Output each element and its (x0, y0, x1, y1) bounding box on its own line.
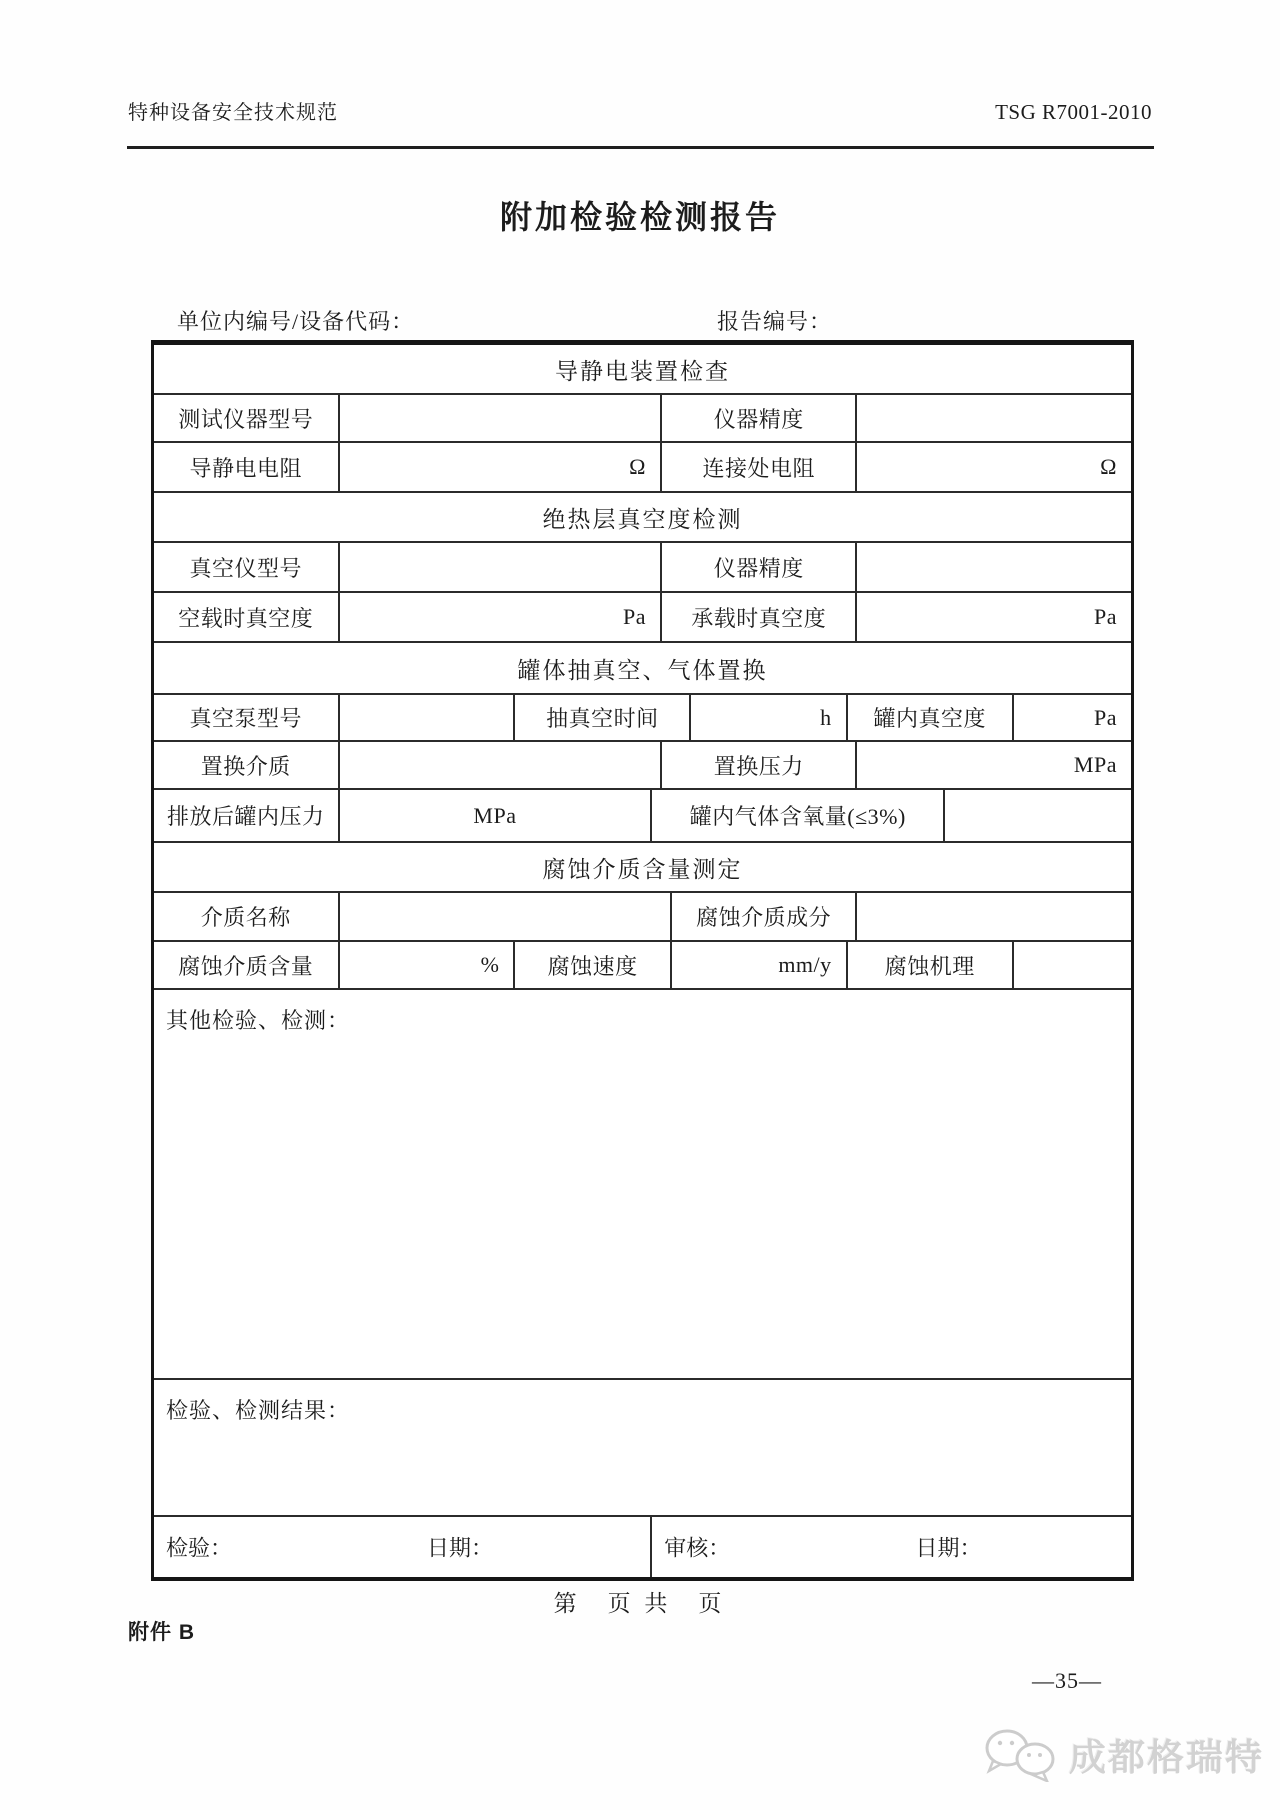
table-row: 排放后罐内压力MPa罐内气体含氧量(≤3%) (154, 790, 1131, 843)
table-row: 空载时真空度Pa承载时真空度Pa (154, 593, 1131, 643)
header-left-text: 特种设备安全技术规范 (128, 96, 338, 125)
signature-cell: 审核：日期： (652, 1517, 1131, 1577)
notes-cell: 其他检验、检测： (154, 990, 1131, 1380)
field-value: Ω (857, 443, 1131, 491)
field-label: 仪器精度 (662, 543, 857, 591)
table-row: 真空仪型号仪器精度 (154, 543, 1131, 593)
wechat-icon (983, 1726, 1061, 1782)
section-header-row: 罐体抽真空、气体置换 (154, 643, 1131, 695)
field-label: 腐蚀速度 (515, 942, 671, 988)
table-row: 介质名称腐蚀介质成分 (154, 893, 1131, 942)
running-header: 特种设备安全技术规范 TSG R7001-2010 (128, 96, 1152, 125)
inspection-form-table: 导静电装置检查测试仪器型号仪器精度导静电电阻Ω连接处电阻Ω绝热层真空度检测真空仪… (151, 340, 1134, 1581)
field-value (1014, 942, 1131, 988)
field-value (340, 543, 662, 591)
header-right-text: TSG R7001-2010 (995, 100, 1152, 125)
table-row: 置换介质置换压力MPa (154, 742, 1131, 790)
unit-code-label: 单位内编号/设备代码： (177, 305, 414, 336)
field-label: 腐蚀介质含量 (154, 942, 340, 988)
table-row: 测试仪器型号仪器精度 (154, 395, 1131, 443)
field-value: Pa (857, 593, 1131, 641)
table-row: 腐蚀介质含量%腐蚀速度mm/y腐蚀机理 (154, 942, 1131, 990)
signature-label: 检验： (166, 1532, 232, 1563)
field-value (340, 742, 662, 788)
field-label: 空载时真空度 (154, 593, 340, 641)
section-header-row: 导静电装置检查 (154, 345, 1131, 395)
field-label: 测试仪器型号 (154, 395, 340, 441)
field-value: Pa (1014, 695, 1131, 740)
field-label: 导静电电阻 (154, 443, 340, 491)
field-value: Pa (340, 593, 662, 641)
field-value (857, 893, 1131, 940)
watermark: 成都格瑞特 (983, 1726, 1264, 1782)
field-label: 排放后罐内压力 (154, 790, 340, 841)
field-label: 置换介质 (154, 742, 340, 788)
section-header-row: 绝热层真空度检测 (154, 493, 1131, 543)
section-header-row: 腐蚀介质含量测定 (154, 843, 1131, 893)
header-rule (127, 146, 1154, 149)
field-label: 腐蚀介质成分 (672, 893, 858, 940)
field-value (340, 395, 662, 441)
document-page: 特种设备安全技术规范 TSG R7001-2010 附加检验检测报告 单位内编号… (0, 0, 1280, 1810)
document-title: 附加检验检测报告 (0, 192, 1280, 238)
table-row: 导静电电阻Ω连接处电阻Ω (154, 443, 1131, 493)
field-label: 介质名称 (154, 893, 340, 940)
field-value (857, 543, 1131, 591)
page-number: —35— (1032, 1668, 1102, 1694)
field-value: mm/y (672, 942, 848, 988)
field-label: 腐蚀机理 (848, 942, 1014, 988)
date-label: 日期： (427, 1532, 493, 1563)
field-label: 连接处电阻 (662, 443, 857, 491)
signature-label: 审核： (664, 1532, 730, 1563)
field-value: MPa (340, 790, 653, 841)
field-value (945, 790, 1131, 841)
field-label: 置换压力 (662, 742, 857, 788)
notes-cell: 检验、检测结果： (154, 1380, 1131, 1517)
signature-row: 检验：日期：审核：日期： (154, 1517, 1131, 1577)
page-count-line: 第 页 共 页 (151, 1585, 1128, 1618)
field-value: % (340, 942, 516, 988)
signature-cell: 检验：日期： (154, 1517, 652, 1577)
field-label: 罐内气体含氧量(≤3%) (652, 790, 945, 841)
watermark-text: 成都格瑞特 (1069, 1727, 1264, 1781)
report-no-label: 报告编号： (717, 305, 832, 336)
field-label: 真空泵型号 (154, 695, 340, 740)
field-value: h (691, 695, 847, 740)
field-label: 真空仪型号 (154, 543, 340, 591)
field-label: 仪器精度 (662, 395, 857, 441)
date-label: 日期： (916, 1532, 982, 1563)
field-label: 抽真空时间 (515, 695, 691, 740)
attachment-label: 附件 B (128, 1616, 195, 1646)
table-row: 真空泵型号抽真空时间h罐内真空度Pa (154, 695, 1131, 742)
field-value: Ω (340, 443, 662, 491)
field-value: MPa (857, 742, 1131, 788)
field-value (340, 893, 672, 940)
field-value (857, 395, 1131, 441)
field-label: 承载时真空度 (662, 593, 857, 641)
field-label: 罐内真空度 (848, 695, 1014, 740)
field-value (340, 695, 516, 740)
